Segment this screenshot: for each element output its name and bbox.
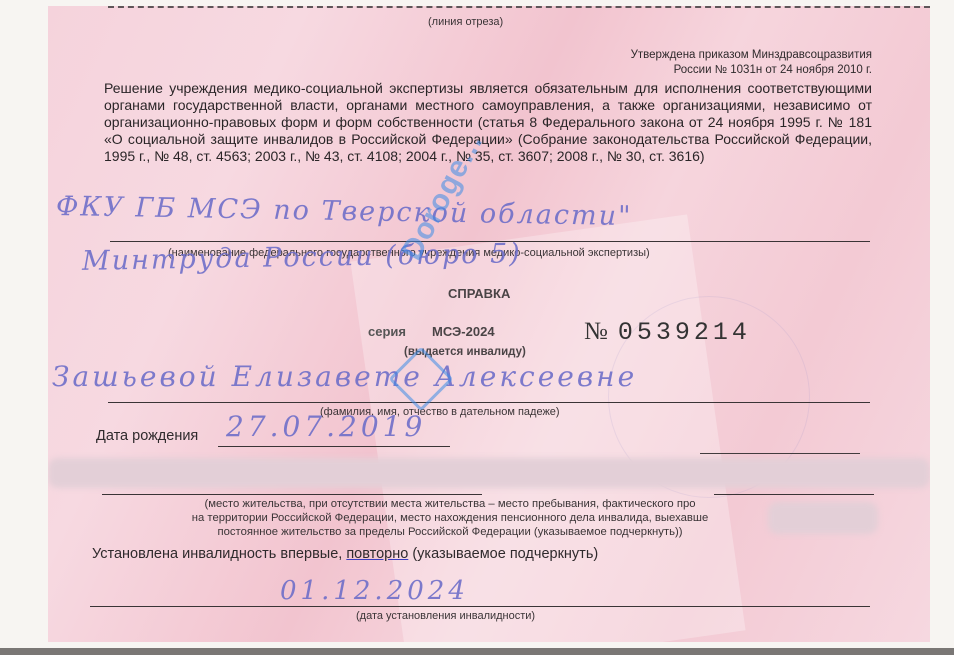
number-value: 0539214	[618, 318, 751, 347]
approval-note: Утверждена приказом Минздравсоцразвития …	[631, 48, 872, 78]
disability-status-suffix: (указываемое подчеркнуть)	[408, 546, 598, 562]
cut-line-caption: (линия отреза)	[428, 16, 503, 28]
residence-caption-line-3: постоянное жительство за пределы Российс…	[130, 525, 770, 539]
redacted-address	[48, 458, 930, 488]
residence-caption-line-2: на территории Российской Федерации, мест…	[130, 511, 770, 525]
legal-notice: Решение учреждения медико-социальной экс…	[104, 80, 872, 165]
residence-rule-right	[714, 494, 874, 495]
approval-line-1: Утверждена приказом Минздравсоцразвития	[631, 48, 872, 63]
residence-caption-line-1: (место жительства, при отсутствии места …	[130, 497, 770, 511]
recipient-handwritten-name: Зашьевой Елизавете Алексеевне	[52, 360, 637, 393]
number-sign: №	[584, 318, 608, 345]
certificate-paper: (линия отреза) Утверждена приказом Минзд…	[48, 6, 930, 642]
established-date-rule	[90, 606, 870, 607]
certificate-number: №0539214	[584, 318, 751, 347]
established-date-handwritten: 01.12.2024	[280, 576, 469, 606]
established-date-caption: (дата установления инвалидности)	[356, 610, 535, 622]
document-title: СПРАВКА	[448, 286, 510, 301]
residence-caption: (место жительства, при отсутствии места …	[130, 497, 770, 539]
birth-date-label: Дата рождения	[96, 428, 198, 444]
disability-status-repeat-underlined: повторно	[346, 546, 408, 562]
redacted-caption-end	[768, 502, 878, 534]
birth-date-handwritten: 27.07.2019	[226, 410, 426, 443]
residence-rule-left	[102, 494, 482, 495]
scan-edge	[0, 648, 954, 655]
birth-date-rule	[218, 446, 450, 447]
birth-date-rule-right	[700, 453, 860, 454]
disability-status-prefix: Установлена инвалидность впервые,	[92, 546, 346, 562]
series-label: серия	[368, 324, 406, 339]
disability-status: Установлена инвалидность впервые, повтор…	[92, 546, 598, 562]
institution-handwritten-line-1: ФКУ ГБ МСЭ по Тверской области"	[56, 191, 633, 232]
recipient-rule	[108, 402, 870, 403]
series-value: МСЭ-2024	[432, 324, 495, 339]
approval-line-2: России № 1031н от 24 ноября 2010 г.	[631, 63, 872, 78]
cut-line	[108, 6, 930, 8]
institution-handwritten-line-2: Минтруда России (бюро 5)	[82, 238, 522, 277]
